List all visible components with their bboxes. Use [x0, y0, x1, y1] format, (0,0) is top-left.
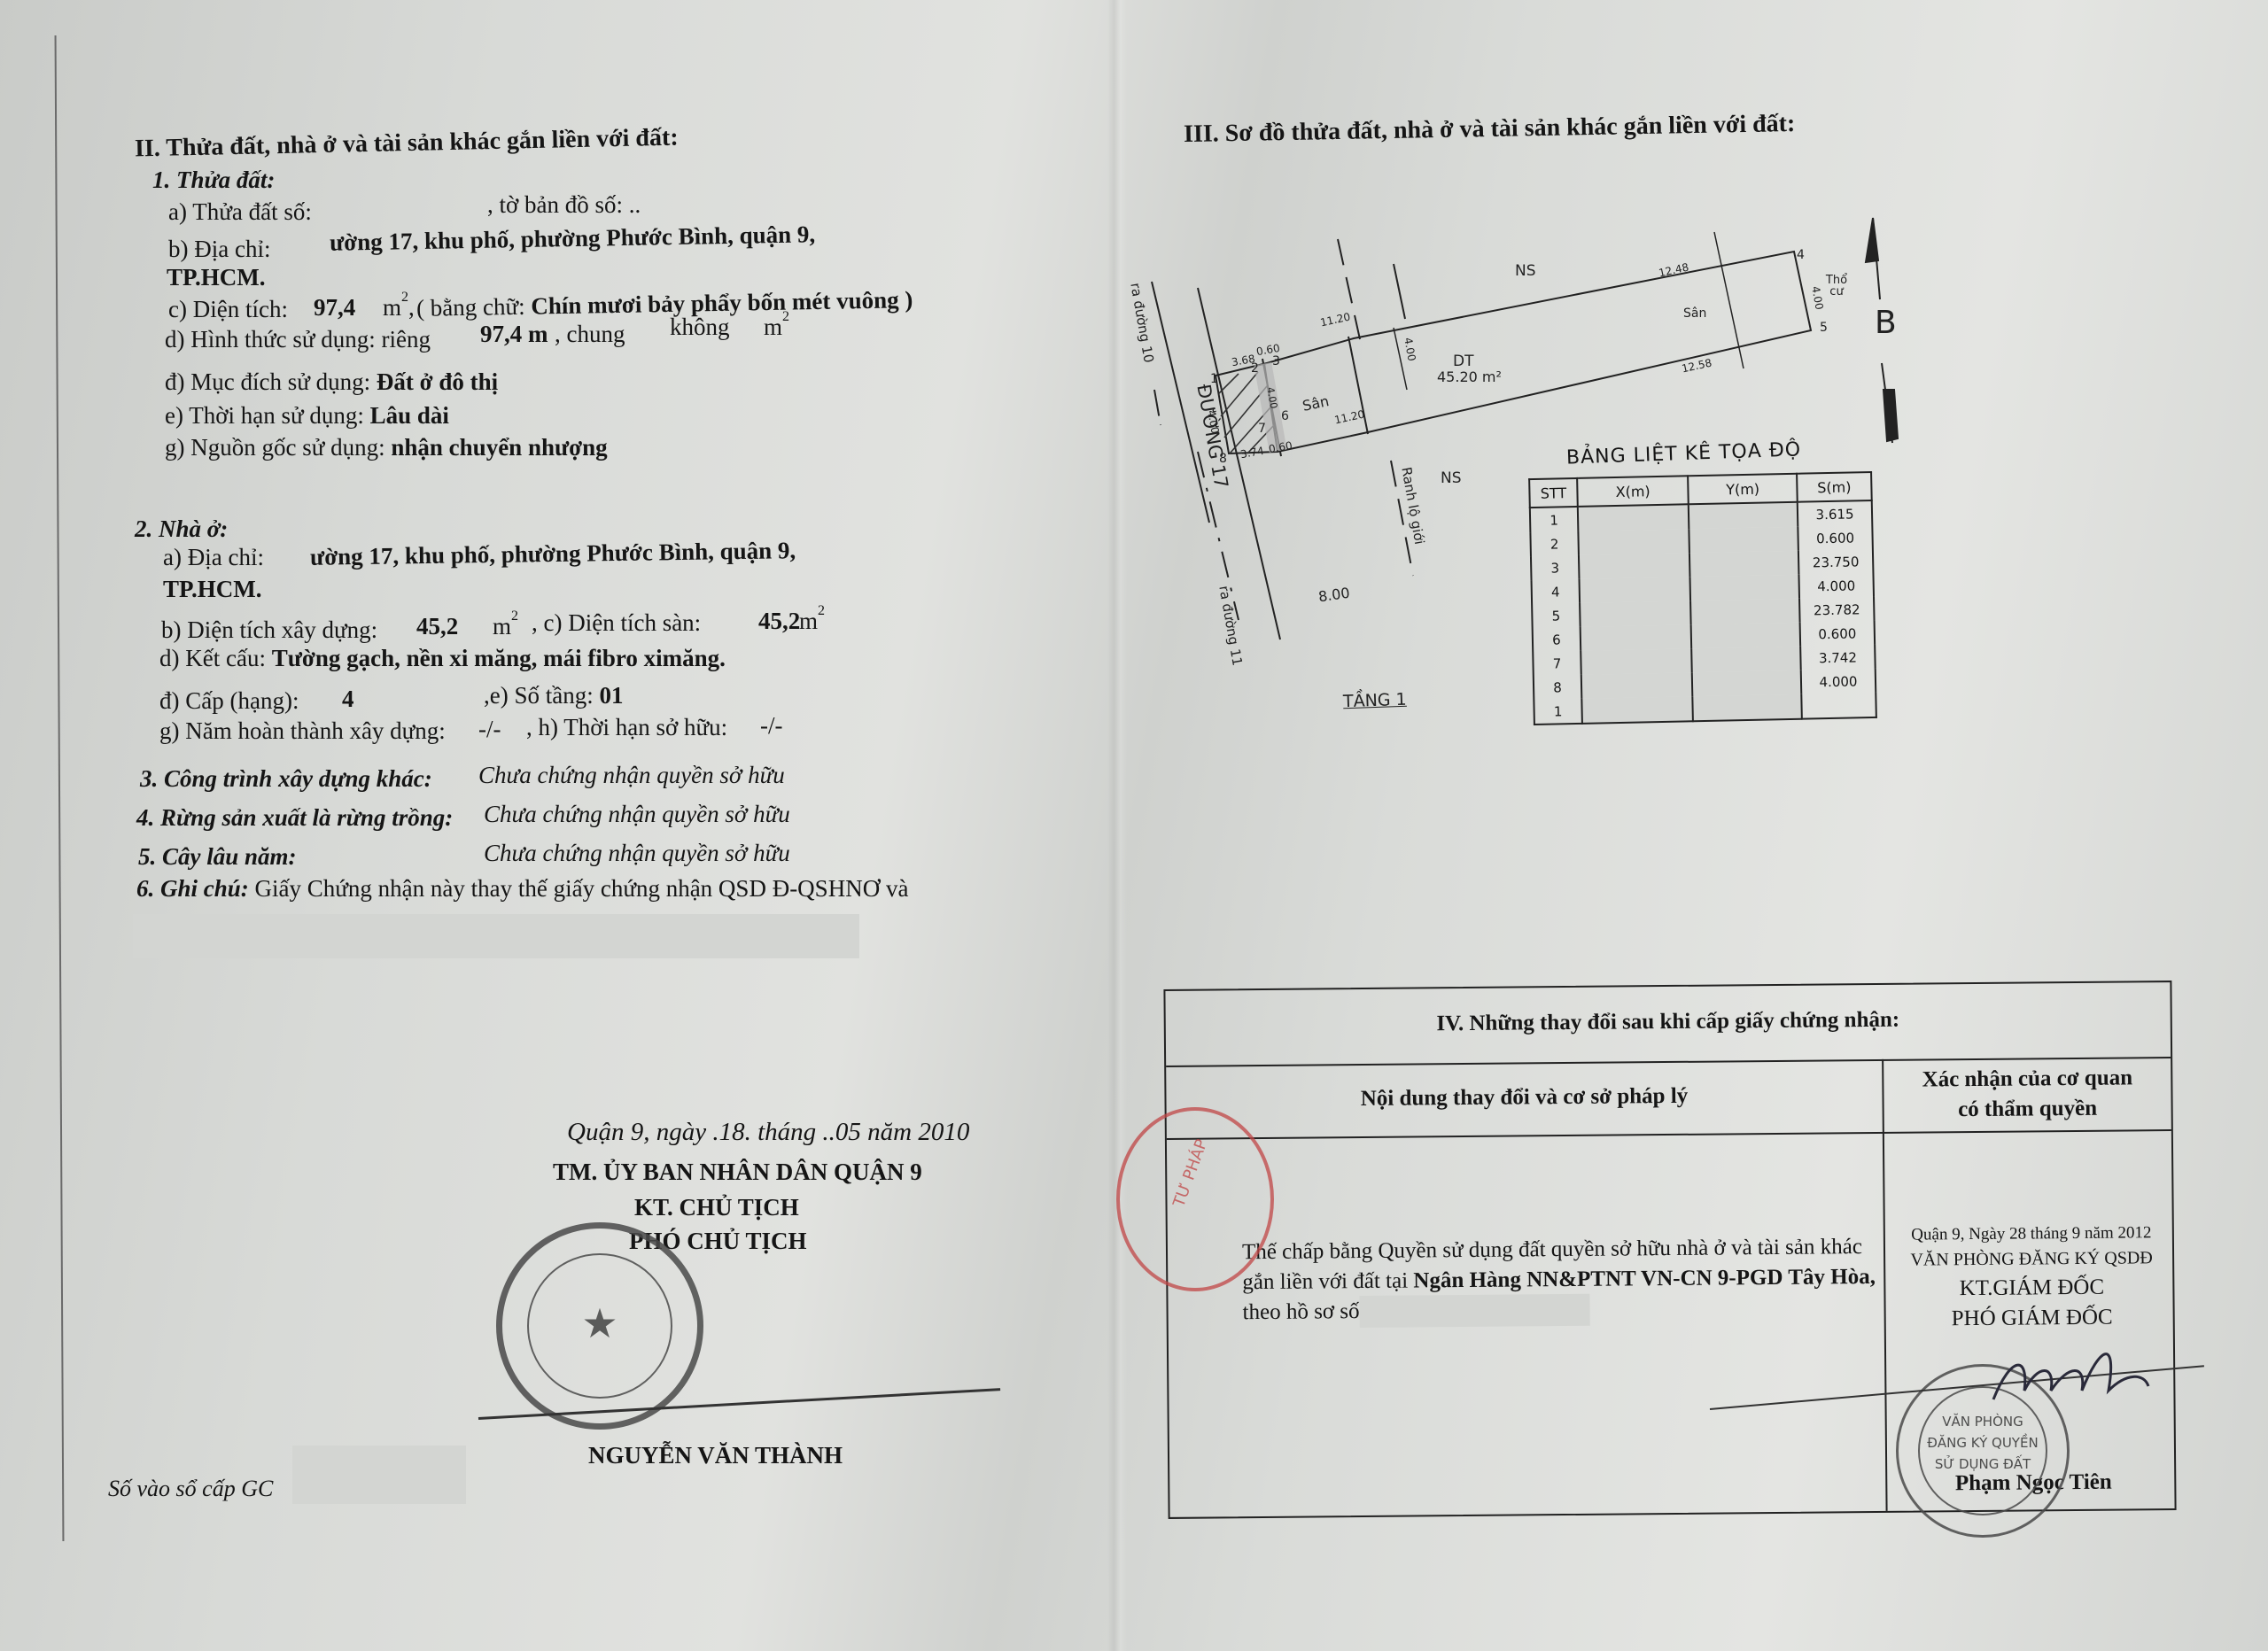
house-build-unit: m	[493, 613, 511, 639]
house-ownership-term: -/-	[760, 714, 782, 738]
land-heading: 1. Thửa đất:	[152, 168, 275, 192]
house-floors-label: ,e) Số tầng:	[484, 682, 594, 709]
neighbor-top: NS	[1515, 262, 1536, 280]
coord-table: STT X(m) Y(m) S(m) 13.61520.600323.75044…	[1528, 471, 1877, 725]
redacted-registry-number	[292, 1446, 466, 1504]
coord-s: 3.742	[1800, 645, 1876, 670]
col-stt: STT	[1529, 478, 1578, 508]
land-private-area: 97,4 m	[480, 322, 548, 346]
land-purpose: Đất ở đô thị	[377, 368, 498, 395]
change-entry-line-2: gắn liền với đất tại	[1242, 1269, 1413, 1295]
coord-stt: 3	[1531, 555, 1580, 580]
coord-s: 4.000	[1798, 573, 1874, 599]
north-marker: B	[1875, 305, 1897, 341]
coord-x-redacted	[1578, 529, 1689, 555]
col-y: Y(m)	[1688, 474, 1797, 505]
land-shared-unit: m	[764, 314, 782, 340]
point-5: 5	[1820, 321, 1828, 335]
point-4: 4	[1797, 248, 1805, 262]
house-floor-area: 45,2	[758, 609, 800, 633]
coord-stt: 8	[1534, 675, 1582, 700]
house-area-label: 45.20 m²	[1437, 368, 1502, 385]
point-1: 1	[1210, 372, 1218, 386]
note-value: Giấy Chứng nhận này thay thế giấy chứng …	[255, 875, 909, 902]
house-ownership-term-label: , h) Thời hạn sở hữu:	[526, 716, 727, 740]
change-bank: Ngân Hàng NN&PTNT VN-CN 9-PGD Tây Hòa,	[1413, 1265, 1876, 1293]
coord-y-redacted	[1689, 502, 1798, 530]
land-origin-label: g) Nguồn gốc sử dụng:	[165, 434, 385, 461]
confirm-title-1: KT.GIÁM ĐỐC	[1891, 1275, 2172, 1302]
point-3: 3	[1272, 354, 1280, 368]
coord-s: 0.600	[1800, 621, 1876, 647]
land-map-sheet: , tờ bản đồ số: ..	[487, 193, 641, 217]
coord-x-redacted	[1580, 601, 1691, 627]
col-change-content: Nội dung thay đổi và cơ sở pháp lý	[1166, 1082, 1882, 1113]
coord-y-redacted	[1693, 694, 1802, 722]
floor-label: TẦNG 1	[1343, 690, 1407, 711]
land-b-label: b) Địa chỉ:	[168, 237, 270, 261]
confirm-title-2: PHÓ GIÁM ĐỐC	[1891, 1305, 2173, 1332]
coord-x-redacted	[1581, 672, 1693, 699]
point-8: 8	[1219, 452, 1227, 466]
coord-s: 23.782	[1799, 597, 1875, 623]
coord-x-redacted	[1581, 624, 1692, 651]
change-entry-line-3: theo hồ sơ số	[1242, 1299, 1359, 1325]
house-grade-label: đ) Cấp (hạng):	[159, 689, 299, 713]
coord-x-redacted	[1579, 553, 1690, 579]
land-shared-label: , chung	[555, 322, 625, 346]
other-5-value: Chưa chứng nhận quyền sở hữu	[484, 841, 790, 865]
other-3-value: Chưa chứng nhận quyền sở hữu	[478, 763, 785, 787]
land-area-words-label: ( bằng chữ:	[416, 293, 525, 322]
house-floor-unit: m	[799, 608, 818, 634]
col-x: X(m)	[1577, 476, 1689, 507]
district-seal: ★	[496, 1222, 703, 1430]
house-b-label: b) Diện tích xây dựng:	[161, 618, 377, 642]
coord-stt: 7	[1533, 651, 1581, 676]
land-term: Lâu dài	[370, 402, 449, 429]
back-yard-label: Sân	[1683, 306, 1706, 321]
house-year: -/-	[478, 717, 501, 741]
land-term-label: e) Thời hạn sử dụng:	[165, 402, 364, 429]
land-shared-value: không	[670, 315, 730, 339]
issue-date: Quận 9, ngày .18. tháng ..05 năm 2010	[567, 1120, 969, 1145]
house-grade: 4	[342, 687, 354, 711]
coord-stt: 6	[1533, 627, 1581, 652]
redacted-note-continuation	[133, 914, 859, 958]
coord-x-redacted	[1578, 504, 1689, 531]
coord-y-redacted	[1692, 670, 1801, 697]
coord-s: 0.600	[1798, 525, 1873, 551]
house-label: DT	[1453, 353, 1473, 370]
handwritten-signature	[1984, 1337, 2162, 1417]
seal-line-3: SỬ DỤNG ĐẤT	[1899, 1453, 2067, 1475]
land-area-unit: m	[383, 294, 401, 321]
coord-x-redacted	[1581, 696, 1693, 724]
point-7: 7	[1258, 422, 1266, 436]
seal-line-2: ĐĂNG KÝ QUYỀN	[1899, 1432, 2067, 1453]
land-origin: nhận chuyển nhượng	[391, 434, 607, 461]
point-6: 6	[1281, 409, 1289, 423]
house-a-label: a) Địa chỉ:	[163, 546, 264, 570]
coord-x-redacted	[1580, 577, 1691, 603]
coord-y-redacted	[1692, 647, 1801, 673]
coord-stt: 5	[1532, 603, 1581, 628]
coord-y-redacted	[1691, 623, 1800, 649]
changes-title: IV. Những thay đổi sau khi cấp giấy chứn…	[1166, 1005, 2171, 1039]
coord-stt: 4	[1532, 579, 1581, 604]
coord-y-redacted	[1689, 527, 1798, 554]
land-a-label: a) Thửa đất số:	[168, 200, 312, 224]
coord-y-redacted	[1690, 599, 1799, 625]
other-5-label: 5. Cây lâu năm:	[138, 845, 297, 869]
other-4-label: 4. Rừng sản xuất là rừng trồng:	[136, 806, 453, 830]
coord-stt: 1	[1534, 699, 1582, 725]
neighbor-right: Thổ cư	[1823, 275, 1850, 298]
land-c-label: c) Diện tích:	[168, 298, 288, 322]
change-entry-line-1: Thế chấp bằng Quyền sử dụng đất quyền sở…	[1242, 1235, 1862, 1265]
coord-stt: 2	[1530, 531, 1579, 556]
house-c-label: , c) Diện tích sàn:	[532, 611, 701, 635]
coord-x-redacted	[1581, 648, 1692, 675]
house-structure-label: d) Kết cấu:	[159, 645, 266, 671]
issuing-authority: TM. ỦY BAN NHÂN DÂN QUẬN 9	[553, 1160, 922, 1184]
land-purpose-label: đ) Mục đích sử dụng:	[165, 368, 370, 395]
coord-y-redacted	[1689, 551, 1798, 577]
red-notary-stamp: TƯ PHÁP	[1116, 1107, 1274, 1291]
col-confirm-1: Xác nhận của cơ quan	[1884, 1066, 2171, 1093]
land-area: 97,4	[314, 296, 355, 320]
redacted-file-number	[1359, 1294, 1589, 1328]
registry-label: Số vào sổ cấp GC	[108, 1477, 273, 1500]
coord-s: 3.615	[1798, 500, 1873, 527]
house-heading: 2. Nhà ở:	[135, 517, 228, 541]
house-floors: 01	[599, 682, 623, 709]
house-year-label: g) Năm hoàn thành xây dựng:	[159, 719, 446, 743]
confirm-office: VĂN PHÒNG ĐĂNG KÝ QSDĐ	[1891, 1248, 2172, 1271]
other-3-label: 3. Công trình xây dựng khác:	[140, 767, 432, 791]
coord-s: 4.000	[1801, 669, 1876, 694]
note-label: 6. Ghi chú:	[136, 875, 249, 902]
signer-title-1: KT. CHỦ TỊCH	[634, 1196, 799, 1220]
coord-s: 23.750	[1798, 549, 1874, 575]
col-confirm-2: có thẩm quyền	[1884, 1096, 2171, 1123]
coord-stt: 1	[1530, 507, 1579, 532]
coord-y-redacted	[1690, 575, 1799, 601]
land-address-city: TP.HCM.	[167, 266, 266, 290]
col-s: S(m)	[1797, 472, 1872, 502]
coord-s	[1801, 693, 1876, 719]
land-d-label: d) Hình thức sử dụng: riêng	[165, 328, 431, 352]
neighbor-bottom: NS	[1441, 469, 1462, 487]
other-4-value: Chưa chứng nhận quyền sở hữu	[484, 802, 790, 826]
house-structure: Tường gạch, nền xi măng, mái fibro ximăn…	[272, 645, 726, 671]
signer-name: NGUYỄN VĂN THÀNH	[588, 1444, 843, 1468]
confirm-date: Quận 9, Ngày 28 tháng 9 năm 2012	[1891, 1223, 2172, 1245]
house-build-area: 45,2	[416, 615, 458, 639]
house-address-city: TP.HCM.	[163, 577, 262, 601]
